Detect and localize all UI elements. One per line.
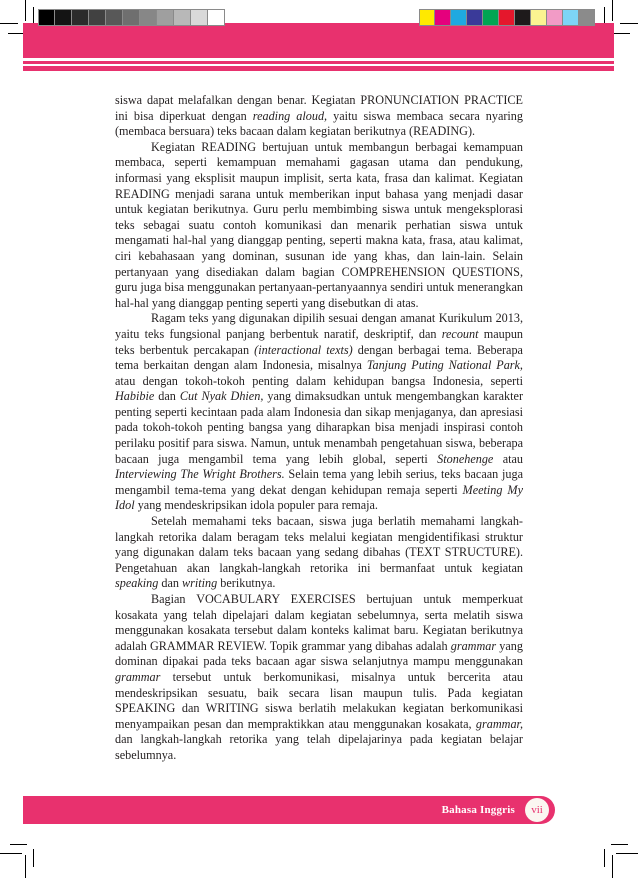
color-swatch xyxy=(563,9,579,26)
color-swatch xyxy=(467,9,483,26)
text-run: dan xyxy=(154,389,180,403)
grayscale-swatch xyxy=(89,9,106,26)
text-run: atau dengan tokoh-tokoh penting dalam ke… xyxy=(115,374,523,388)
color-swatch xyxy=(483,9,499,26)
grayscale-swatch xyxy=(38,9,55,26)
italic-run: (interactional texts) xyxy=(254,343,353,357)
crop-mark xyxy=(612,855,613,878)
crop-mark xyxy=(25,855,26,878)
grayscale-swatch xyxy=(174,9,191,26)
paragraph: Setelah memahami teks bacaan, siswa juga… xyxy=(115,514,523,592)
color-swatch xyxy=(579,9,595,26)
italic-run: Stonehenge xyxy=(437,452,493,466)
footer-bar: Bahasa Inggris vii xyxy=(23,796,555,824)
crop-mark xyxy=(33,849,34,867)
book-page: { "theme": { "pink": "#E8316E", "text_co… xyxy=(0,0,638,878)
grayscale-swatch xyxy=(106,9,123,26)
text-run: berikutnya. xyxy=(217,576,275,590)
text-run: atau xyxy=(493,452,523,466)
crop-mark xyxy=(10,844,27,845)
page-number: vii xyxy=(531,804,543,816)
crop-mark xyxy=(604,849,605,867)
italic-run: grammar xyxy=(115,670,160,684)
crop-mark xyxy=(616,853,638,854)
color-swatch xyxy=(499,9,515,26)
paragraph: Kegiatan READING bertujuan untuk membang… xyxy=(115,140,523,312)
italic-run: speaking xyxy=(115,576,158,590)
italic-run: Habibie xyxy=(115,389,154,403)
crop-mark xyxy=(612,0,613,21)
footer-book-title: Bahasa Inggris xyxy=(442,804,515,816)
crop-mark xyxy=(0,23,18,24)
text-run: tersebut untuk berkomunikasi, misalnya u… xyxy=(115,670,523,731)
grayscale-swatch xyxy=(208,9,225,26)
italic-run: Tanjung Puting National Park, xyxy=(367,358,523,372)
italic-run: grammar xyxy=(451,639,496,653)
crop-mark xyxy=(0,853,22,854)
italic-run: Cut Nyak Dhien, xyxy=(180,389,264,403)
italic-run: writing xyxy=(182,576,217,590)
crop-mark xyxy=(25,0,26,21)
text-run: Kegiatan READING bertujuan untuk membang… xyxy=(115,140,523,310)
crop-mark xyxy=(611,844,628,845)
crop-mark xyxy=(620,23,638,24)
grayscale-swatch xyxy=(72,9,89,26)
paragraph: Ragam teks yang digunakan dipilih sesuai… xyxy=(115,311,523,514)
color-swatch xyxy=(547,9,563,26)
grayscale-swatch xyxy=(157,9,174,26)
text-run: yang mendeskripsikan idola populer para … xyxy=(135,498,378,512)
header-stripe xyxy=(23,66,614,71)
page-number-badge: vii xyxy=(525,798,549,822)
paragraph: siswa dapat melafalkan dengan benar. Keg… xyxy=(115,93,523,140)
text-run: dan xyxy=(158,576,182,590)
grayscale-calibration-bar xyxy=(38,9,225,26)
italic-run: reading aloud, xyxy=(253,109,327,123)
paragraph: Bagian VOCABULARY EXERCISES bertujuan un… xyxy=(115,592,523,764)
grayscale-swatch xyxy=(55,9,72,26)
color-swatch xyxy=(515,9,531,26)
text-run: Setelah memahami teks bacaan, siswa juga… xyxy=(115,514,523,575)
header-band xyxy=(23,23,614,58)
italic-run: recount xyxy=(442,327,479,341)
italic-run: grammar, xyxy=(476,717,523,731)
grayscale-swatch xyxy=(123,9,140,26)
grayscale-swatch xyxy=(140,9,157,26)
text-run: dan langkah-langkah retorika yang telah … xyxy=(115,732,523,762)
grayscale-swatch xyxy=(191,9,208,26)
italic-run: Interviewing The Wright Brothers. xyxy=(115,467,285,481)
color-swatch xyxy=(531,9,547,26)
header-stripe xyxy=(23,61,614,64)
color-calibration-bar xyxy=(419,9,595,26)
color-swatch xyxy=(451,9,467,26)
color-swatch xyxy=(435,9,451,26)
color-swatch xyxy=(419,9,435,26)
body-text: siswa dapat melafalkan dengan benar. Keg… xyxy=(115,93,523,764)
